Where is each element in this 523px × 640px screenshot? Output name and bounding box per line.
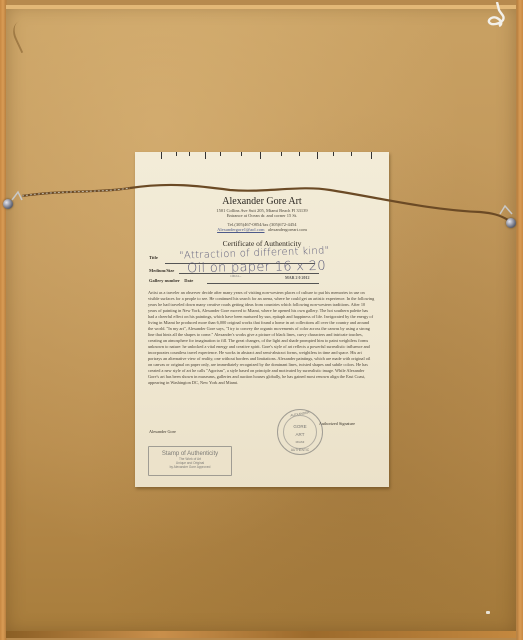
perforation-mark xyxy=(281,152,282,156)
artist-biography: Artist as a traveler an observer decide … xyxy=(148,290,375,386)
staple xyxy=(486,611,490,614)
perforation-mark xyxy=(189,152,190,156)
perforation-mark xyxy=(161,152,162,159)
gallery-name: Alexander Gore Art xyxy=(135,196,389,207)
perforation-mark xyxy=(351,152,352,156)
perforation-mark xyxy=(220,152,221,156)
stamp-line-3: by Alexander Gore Approved xyxy=(149,465,231,469)
title-label: Title xyxy=(149,255,158,260)
perforation-mark xyxy=(176,152,177,156)
stamp-center-2: ART xyxy=(278,432,322,437)
authorized-signature-label: Authorized Signature xyxy=(319,421,355,426)
backing-crease xyxy=(9,17,42,53)
perforation-mark xyxy=(371,152,372,159)
website-text: alexandergoreart.com xyxy=(268,227,307,232)
email-link[interactable]: Alexandergore1@aol.com xyxy=(217,227,264,232)
address-line-2: Entrance at Ocean dr. and corner 15 St. xyxy=(135,213,389,218)
medium-handwritten: Oil on paper 16 x 20 xyxy=(187,259,326,276)
date-stamp: MAR 2 0 2012 xyxy=(285,275,310,280)
certificate-of-authenticity: Alexander Gore Art 1501 Collins Ave Suit… xyxy=(135,152,389,487)
authenticity-stamp-circular: ALEXANDER GORE ART MIAMI AUTHENTIC xyxy=(277,409,323,455)
perforation-mark xyxy=(299,152,300,156)
contact-line: Alexandergore1@aol.com alexandergoreart.… xyxy=(135,227,389,232)
perforation-marks xyxy=(135,152,389,162)
date-label-text: Date xyxy=(184,278,193,283)
certificate-heading: Certificate of Authenticity xyxy=(135,239,389,248)
medium-label: Medium/Size xyxy=(149,268,174,273)
stamp-ring-bottom: AUTHENTIC xyxy=(278,448,322,452)
stamp-center-3: MIAMI xyxy=(278,440,322,444)
authenticity-stamp-rectangular: Stamp of Authenticity The Work of Art Un… xyxy=(148,446,232,476)
string-tie xyxy=(483,2,511,30)
gallery-number-label-text: Gallery number xyxy=(149,278,180,283)
perforation-mark xyxy=(205,152,206,159)
perforation-mark xyxy=(333,152,334,156)
d-ring-hanger-left xyxy=(3,199,13,209)
perforation-mark xyxy=(317,152,318,159)
stamp-center-1: GORE xyxy=(278,424,322,429)
perforation-mark xyxy=(260,152,261,159)
stamp-ring-top: ALEXANDER xyxy=(278,408,322,420)
gallery-number-label: Gallery number Date xyxy=(149,278,193,283)
d-ring-hanger-right xyxy=(506,218,516,228)
pencil-note: 10024... xyxy=(230,274,241,278)
date-underline xyxy=(207,283,319,284)
artist-signature-label: Alexander Gore xyxy=(149,429,176,434)
perforation-mark xyxy=(241,152,242,156)
